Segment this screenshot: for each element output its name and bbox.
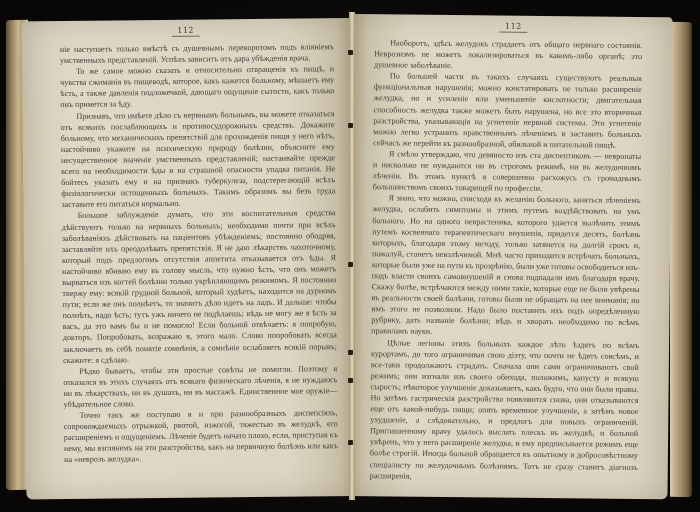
binding-stitch-icon [348, 262, 353, 267]
open-book-photo: 112 ніе наступаетъ только вмѣстѣ съ душе… [0, 0, 700, 512]
binding-stitch-icon [348, 378, 353, 383]
left-page-text: ніе наступаетъ только вмѣстѣ съ душевным… [22, 41, 354, 466]
binding-stitch-icon [348, 50, 353, 55]
binding-stitch-icon [348, 440, 353, 445]
binding-stitch-icon [348, 123, 353, 128]
page-number-right: 112 [354, 20, 672, 34]
book-gutter [349, 12, 355, 500]
page-number-left: 112 [22, 24, 350, 38]
left-page: 112 ніе наступаетъ только вмѣстѣ съ душе… [22, 18, 355, 499]
paragraph: Я знаю, что можно, снисходя къ желанію б… [371, 193, 640, 340]
paragraph: Большое заблужденіе думать, что эти восп… [61, 208, 337, 366]
binding-stitch-icon [348, 350, 353, 355]
paragraph: Рѣдко бываетъ, чтобы эти простые совѣты … [63, 363, 337, 410]
paragraph: По большей части въ такихъ случаяхъ суще… [373, 71, 642, 151]
right-page-block-edge [670, 22, 692, 497]
paragraph: Я смѣло утверждаю, что девяносто изъ ста… [373, 148, 641, 195]
paragraph: То же самое можно сказать и относительно… [60, 63, 334, 110]
paragraph: Признавъ, что имѣете дѣло съ нервнымъ бо… [60, 108, 335, 211]
right-page-text: Наоборотъ, здѣсь желудокъ страдаетъ отъ … [350, 37, 673, 484]
right-page: 112 Наоборотъ, здѣсь желудокъ страдаетъ … [349, 14, 672, 499]
paragraph: Точно такъ же поступаю я и при разнообра… [64, 407, 339, 465]
paragraph: ніе наступаетъ только вмѣстѣ съ душевным… [60, 41, 334, 66]
paragraph: Цѣлые легіоны этихъ больныхъ каждое лѣто… [370, 337, 639, 484]
paragraph: Наоборотъ, здѣсь желудокъ страдаетъ отъ … [374, 37, 642, 73]
